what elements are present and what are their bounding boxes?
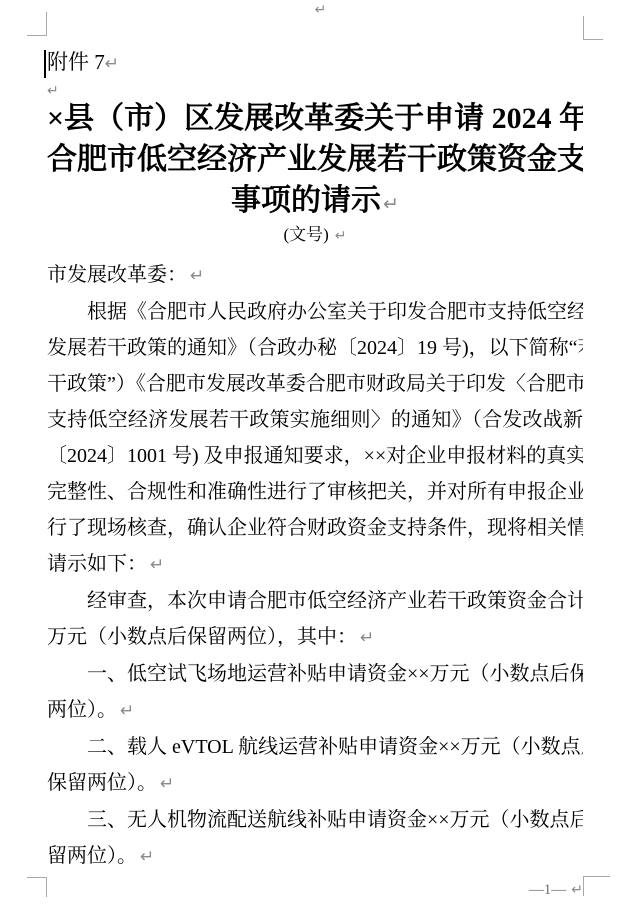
paragraph-mark-icon: ↵ xyxy=(160,774,174,794)
paragraph-mark-icon: ↵ xyxy=(383,193,399,215)
body-line[interactable]: 万元（小数点后保留两位），其中：↵ xyxy=(47,619,583,656)
body-line[interactable]: 干政策”）《合肥市发展改革委合肥市财政局关于印发〈合肥市 xyxy=(47,366,583,402)
page-footer: —1—↵ xyxy=(0,881,583,899)
body-line[interactable]: 请示如下：↵ xyxy=(47,546,583,583)
body-text: 支持低空经济发展若干政策实施细则〉的通知》（合发改战新 xyxy=(47,409,583,431)
body-line[interactable]: 完整性、合规性和准确性进行了审核把关，并对所有申报企业进 xyxy=(47,474,583,510)
title-text: ×县（市）区发展改革委关于申请 2024 年度 xyxy=(47,102,583,135)
document-text-area[interactable]: 附件 7↵ ↵ ×县（市）区发展改革委关于申请 2024 年度↵ 合肥市低空经济… xyxy=(47,44,583,875)
paragraph-mark-icon: ↵ xyxy=(120,701,134,721)
body-text: 经审查，本次申请合肥市低空经济产业若干政策资金合计×× xyxy=(87,590,583,612)
document-title-line-3[interactable]: 事项的请示↵ xyxy=(47,182,583,223)
paragraph-mark-icon: ↵ xyxy=(360,628,374,648)
doc-number-placeholder: (文号) xyxy=(283,225,328,244)
page-number: —1— xyxy=(529,882,567,898)
attachment-label: 附件 7 xyxy=(47,50,105,74)
title-text: 事项的请示 xyxy=(231,184,381,217)
paragraph-mark-icon: ↵ xyxy=(335,228,347,244)
body-line[interactable]: 留两位）。↵ xyxy=(47,838,583,875)
body-line[interactable]: 根据《合肥市人民政府办公室关于印发合肥市支持低空经济 xyxy=(47,294,583,330)
body-text: 根据《合肥市人民政府办公室关于印发合肥市支持低空经济 xyxy=(87,301,583,323)
paragraph-mark-icon: ↵ xyxy=(190,266,204,286)
document-page[interactable]: ↵ 附件 7↵ ↵ ×县（市）区发展改革委关于申请 2024 年度↵ 合肥市低空… xyxy=(0,0,641,916)
body-text: 一、低空试飞场地运营补贴申请资金××万元（小数点后保留 xyxy=(87,663,583,685)
text-cursor-caret xyxy=(44,50,46,78)
paragraph-mark-icon: ↵ xyxy=(47,83,59,99)
body-text: 干政策”）《合肥市发展改革委合肥市财政局关于印发〈合肥市 xyxy=(47,373,583,395)
body-line[interactable]: 〔2024〕1001 号) 及申报通知要求，××对企业申报材料的真实性、 xyxy=(47,438,583,474)
footer-paragraph-mark-icon: ↵ xyxy=(571,882,583,898)
body-text: 发展若干政策的通知》（合政办秘〔2024〕19 号)，以下简称“若 xyxy=(47,337,583,359)
attachment-label-line[interactable]: 附件 7↵ xyxy=(47,44,583,83)
body-text: 〔2024〕1001 号) 及申报通知要求，××对企业申报材料的真实性、 xyxy=(47,445,583,467)
body-text: 万元（小数点后保留两位），其中： xyxy=(47,626,357,648)
body-text: 请示如下： xyxy=(47,553,147,575)
body-line[interactable]: 支持低空经济发展若干政策实施细则〉的通知》（合发改战新 xyxy=(47,402,583,438)
body-text: 两位）。 xyxy=(47,699,117,721)
body-line[interactable]: 两位）。↵ xyxy=(47,692,583,729)
salutation-line[interactable]: 市发展改革委：↵ xyxy=(47,257,583,294)
empty-paragraph-line[interactable]: ↵ xyxy=(47,83,583,100)
paragraph-mark-icon: ↵ xyxy=(105,54,119,74)
title-text: 合肥市低空经济产业发展若干政策资金支持 xyxy=(47,143,583,176)
body-text: 二、载人 eVTOL 航线运营补贴申请资金××万元（小数点后 xyxy=(87,736,583,758)
document-title-line-2[interactable]: 合肥市低空经济产业发展若干政策资金支持↵ xyxy=(47,141,583,182)
body-text: 保留两位）。 xyxy=(47,772,157,794)
paragraph-mark-icon: ↵ xyxy=(150,555,164,575)
crop-mark-bottom-right xyxy=(583,876,610,896)
header-paragraph-mark-icon: ↵ xyxy=(0,2,641,18)
doc-number-placeholder-line[interactable]: (文号)↵ xyxy=(47,223,583,248)
document-title-line-1[interactable]: ×县（市）区发展改革委关于申请 2024 年度↵ xyxy=(47,100,583,141)
document-body[interactable]: 市发展改革委：↵ 根据《合肥市人民政府办公室关于印发合肥市支持低空经济 发展若干… xyxy=(47,257,583,875)
paragraph-mark-icon: ↵ xyxy=(140,847,154,867)
body-text: 行了现场核查，确认企业符合财政资金支持条件，现将相关情况 xyxy=(47,517,583,539)
body-text: 留两位）。 xyxy=(47,845,137,867)
crop-mark-top-right xyxy=(583,16,603,40)
salutation-text: 市发展改革委： xyxy=(47,264,187,286)
body-line[interactable]: 一、低空试飞场地运营补贴申请资金××万元（小数点后保留 xyxy=(47,656,583,692)
body-text: 三、无人机物流配送航线补贴申请资金××万元（小数点后保 xyxy=(87,809,583,831)
body-line[interactable]: 发展若干政策的通知》（合政办秘〔2024〕19 号)，以下简称“若 xyxy=(47,330,583,366)
body-line[interactable]: 三、无人机物流配送航线补贴申请资金××万元（小数点后保 xyxy=(47,802,583,838)
body-line[interactable]: 二、载人 eVTOL 航线运营补贴申请资金××万元（小数点后 xyxy=(47,729,583,765)
body-line[interactable]: 经审查，本次申请合肥市低空经济产业若干政策资金合计×× xyxy=(47,583,583,619)
body-line[interactable]: 保留两位）。↵ xyxy=(47,765,583,802)
body-text: 完整性、合规性和准确性进行了审核把关，并对所有申报企业进 xyxy=(47,481,583,503)
body-line[interactable]: 行了现场核查，确认企业符合财政资金支持条件，现将相关情况 xyxy=(47,510,583,546)
